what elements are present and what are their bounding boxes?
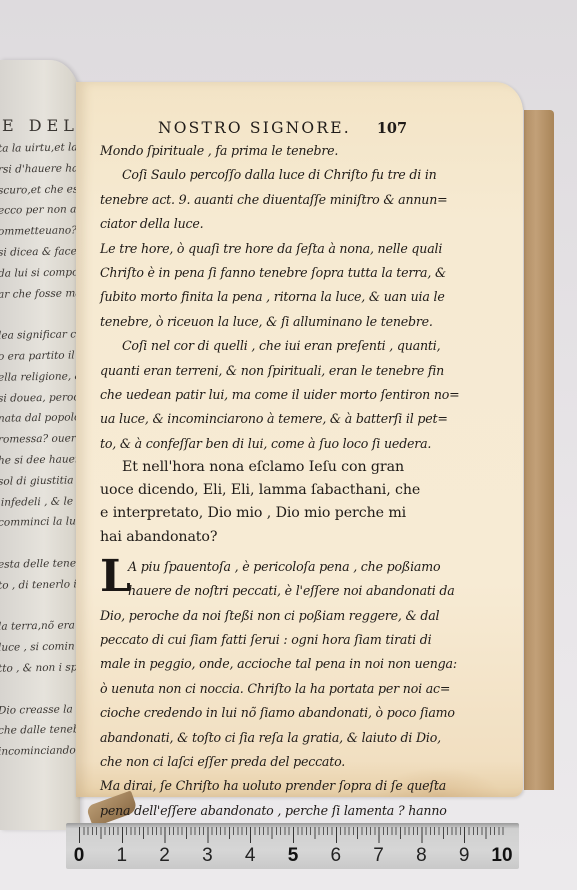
left-page-verso: E DEL ta la uirtu,et la patien rsi d'hau…	[0, 60, 80, 830]
text-line: Coſi Saulo percoſſo dalla luce di Chriſt…	[100, 163, 440, 187]
paragraph-1: Mondo ſpirituale , fa prima le tenebre. …	[100, 139, 440, 237]
drop-cap: L	[100, 557, 131, 597]
left-page-text: ta la uirtu,et la patien rsi d'hauere ha…	[0, 137, 80, 762]
paragraph-2: Le tre hore, ò quaſi tre hore da ſeſta à…	[100, 237, 440, 335]
text-line: 'infedeli , & le tene	[0, 491, 80, 513]
text-line: e interpretato, Dio mio , Dio mio perche…	[100, 502, 440, 525]
text-line: incominciando il mon	[0, 740, 80, 762]
text-line: esta delle tenebre di	[0, 553, 80, 575]
text-line: ſubito morto finita la pena , ritorna la…	[100, 285, 440, 309]
text-line	[0, 678, 80, 700]
text-line: hauere de noſtri peccati, è l'eſſere noi…	[100, 579, 440, 603]
text-line: la terra,nõ era sta	[0, 616, 80, 638]
text-line: o era partito il lume di	[0, 345, 80, 367]
text-line: ò uenuta non ci noccia. Chriſto la ha po…	[100, 677, 440, 701]
text-line: comminci la luce della	[0, 512, 80, 534]
text-line: tto , & non i sple	[0, 657, 80, 679]
text-line: pena dell'eſſere abandonato , perche ſi …	[100, 799, 440, 823]
ruler-label: 4	[245, 845, 256, 867]
text-line: da lui si comportaua	[0, 262, 80, 284]
paragraph-3: Coſi nel cor di quelli , che iui eran pr…	[100, 334, 440, 456]
text-line: to , di tenerlo in Cro	[0, 574, 80, 596]
text-line: nata dal popolo sua	[0, 408, 80, 430]
text-line: ar che fosse mal qualch	[0, 283, 80, 305]
text-line: lea significar che la	[0, 324, 80, 346]
text-line: sol di giustitia tra	[0, 470, 80, 492]
text-line: cioche credendo in lui nõ ſiamo abandona…	[100, 701, 440, 725]
text-line: romessa? ouero figura	[0, 428, 80, 450]
ruler-label: 9	[459, 845, 470, 867]
ruler-ticks	[79, 827, 507, 843]
vellum-cover-edge	[524, 110, 554, 790]
text-line	[0, 304, 80, 326]
text-line: scuro,et che esso nõ sa	[0, 179, 80, 201]
text-line: quanti eran terreni, & non ſpirituali, e…	[100, 359, 440, 383]
page-number: 107	[377, 120, 407, 137]
text-line: male in peggio, onde, accioche tal pena …	[100, 652, 440, 676]
text-line: rsi d'hauere hauuto pa	[0, 158, 80, 180]
text-line: to, & à confeſſar ben di lui, come à ſuo…	[100, 432, 440, 456]
ruler-labels: 0 1 2 3 4 5 6 7 8 9 10	[66, 845, 519, 867]
text-line: ciator della luce.	[100, 212, 440, 236]
text-line: che dalle tenebre fosse	[0, 720, 80, 742]
text-line: che non ci laſci eſſer preda del peccato…	[100, 750, 440, 774]
ruler-label: 5	[288, 845, 299, 867]
right-page-text: NOSTRO SIGNORE. 107 Mondo ſpirituale , f…	[100, 119, 440, 848]
text-line: ommetteuano? ò uolen	[0, 220, 80, 242]
text-line: ta la uirtu,et la patien	[0, 137, 80, 159]
text-line	[0, 595, 80, 617]
text-line: luce , si comin	[0, 636, 80, 658]
running-head: NOSTRO SIGNORE. 107	[100, 119, 440, 139]
text-line	[0, 532, 80, 554]
text-line: hai abandonato?	[100, 526, 440, 549]
ruler-label: 2	[159, 845, 170, 867]
text-line: ua luce, & incominciarono à temere, & à …	[100, 407, 440, 431]
text-line: ella religione, & che	[0, 366, 80, 388]
text-line: tenebre, ò riceuon la luce, & ſi allumin…	[100, 310, 440, 334]
text-line: Dio creasse la luce, nel	[0, 699, 80, 721]
text-line: si dicea & facea con	[0, 241, 80, 263]
text-line: peccato di cui ſiam fatti ſerui : ogni h…	[100, 628, 440, 652]
text-line: tenebre act. 9. auanti che diuentaſſe mi…	[100, 188, 440, 212]
scale-ruler: 0 1 2 3 4 5 6 7 8 9 10	[66, 823, 519, 869]
ruler-label: 7	[373, 845, 384, 867]
text-line: che uedean patir lui, ma come il uider m…	[100, 383, 440, 407]
ruler-label: 1	[117, 845, 128, 867]
running-head-title: NOSTRO SIGNORE.	[158, 119, 351, 137]
paragraph-4: L A piu ſpauentoſa , è pericoloſa pena ,…	[100, 555, 440, 775]
text-line: uoce dicendo, Eli, Eli, lamma ſabacthani…	[100, 479, 440, 502]
text-line: Et nell'hora nona eſclamo Ieſu con gran	[100, 456, 440, 479]
text-line: Le tre hore, ò quaſi tre hore da ſeſta à…	[100, 237, 440, 261]
left-running-head: E DEL	[2, 116, 79, 135]
text-line: Chriſto è in pena ſi fanno tenebre ſopra…	[100, 261, 440, 285]
text-line: ecco per non atto a fa	[0, 200, 80, 222]
text-line: he si dee hauer al	[0, 449, 80, 471]
text-line: si douea, peroche la	[0, 387, 80, 409]
text-line: abandonati, & toſto ci ſia reſa la grati…	[100, 726, 440, 750]
text-line: A piu ſpauentoſa , è pericoloſa pena , c…	[100, 555, 440, 579]
ruler-label: 0	[74, 845, 85, 867]
text-line: Mondo ſpirituale , fa prima le tenebre.	[100, 139, 440, 163]
scripture-quote: Et nell'hora nona eſclamo Ieſu con gran …	[100, 456, 440, 549]
ruler-label: 8	[416, 845, 427, 867]
ruler-label: 10	[491, 845, 512, 867]
text-line: Ma dirai, ſe Chriſto ha uoluto prender ſ…	[100, 774, 440, 798]
text-line: Dio, peroche da noi ſteßi non ci poßiam …	[100, 604, 440, 628]
ruler-label: 3	[202, 845, 213, 867]
text-line: Coſi nel cor di quelli , che iui eran pr…	[100, 334, 440, 358]
ruler-label: 6	[331, 845, 342, 867]
